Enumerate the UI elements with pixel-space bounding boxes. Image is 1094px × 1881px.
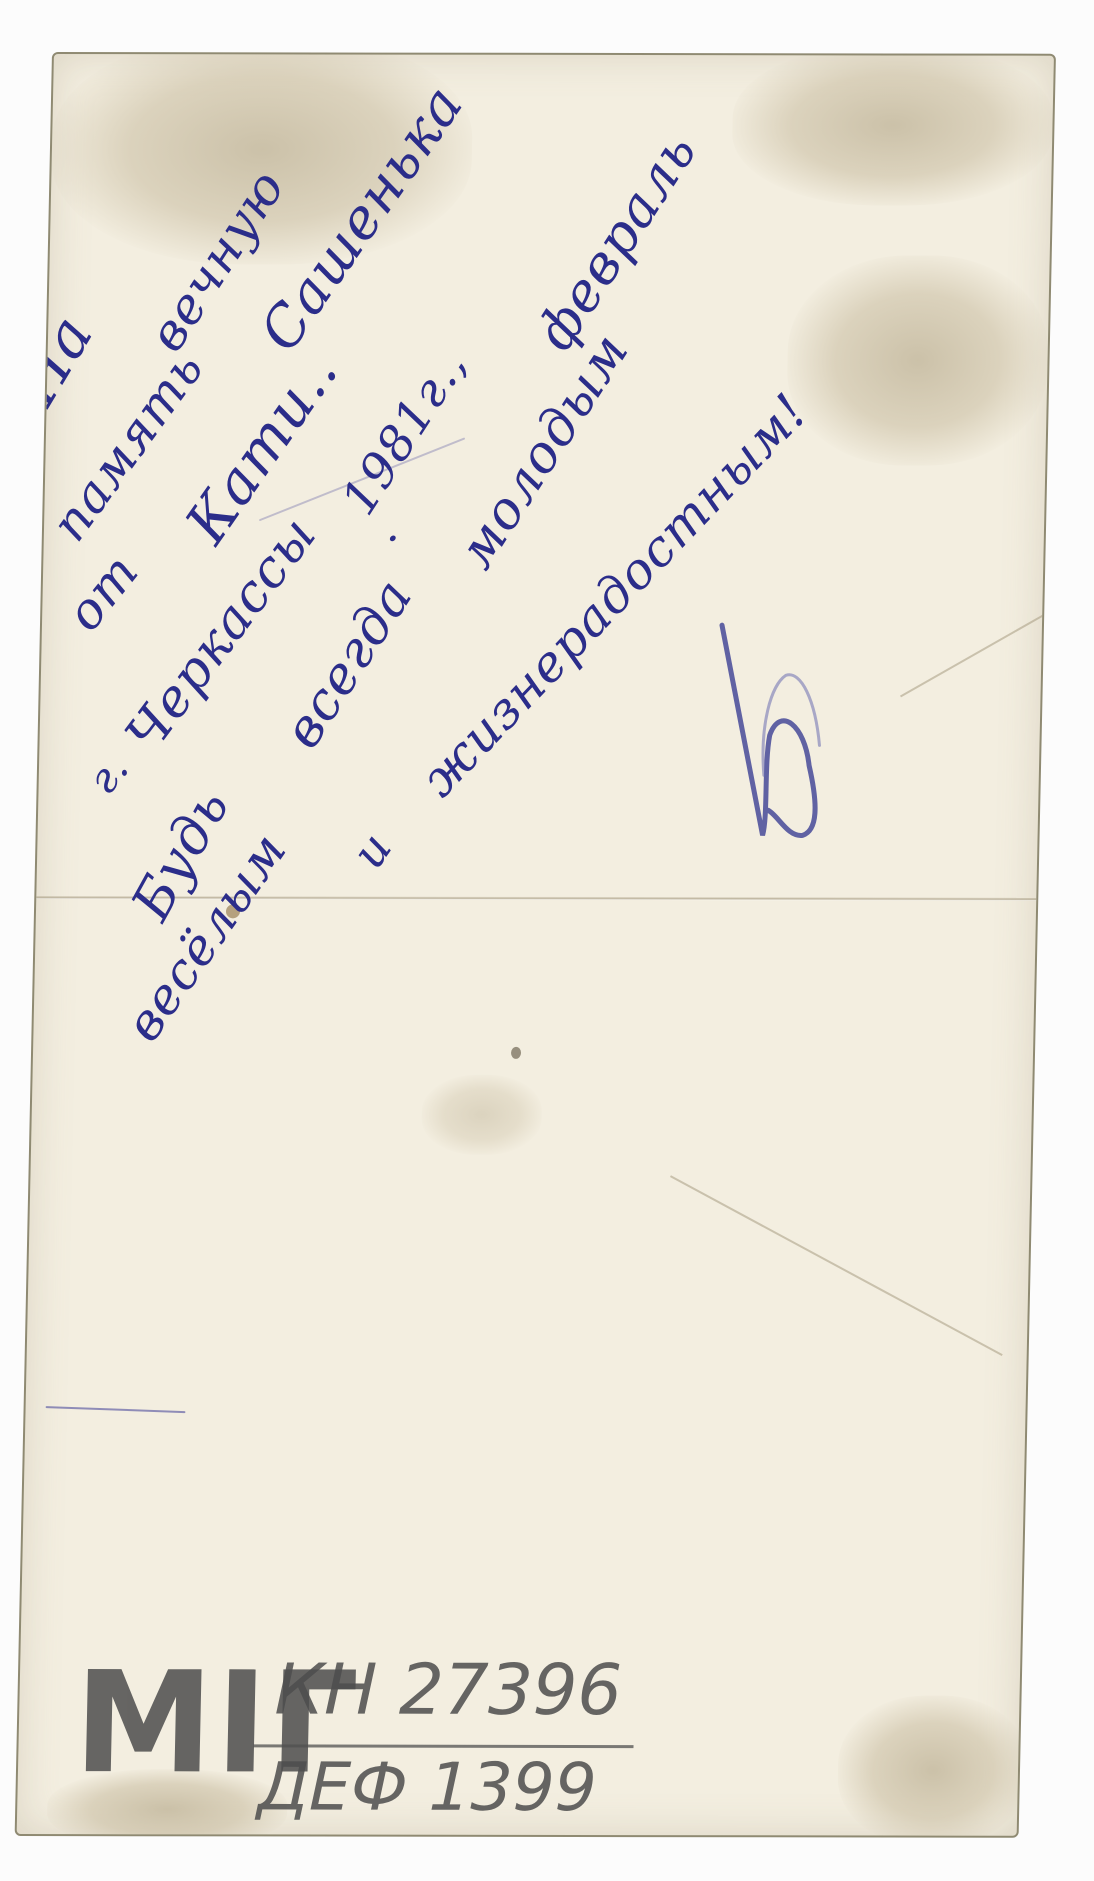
word-molodym: молодым	[449, 325, 637, 576]
archive-inventory-number: КН 27396	[274, 1654, 623, 1725]
smudge-center	[421, 1075, 543, 1155]
archive-fund-number: ДЕФ 1399	[257, 1754, 597, 1821]
word-fevral: февраль	[527, 124, 705, 359]
dirt-speck	[511, 1047, 521, 1059]
photo-card-back: На вечную память Сашенька от Кати.. г. Ч…	[15, 52, 1056, 1838]
paper-crack	[670, 1175, 1003, 1356]
word-vsegda: всегда	[276, 571, 422, 757]
stray-pen-line	[46, 1406, 186, 1413]
side-mark-six	[707, 615, 842, 865]
word-i: и	[344, 824, 399, 875]
water-stain-right	[785, 255, 1049, 465]
word-g: г.	[81, 746, 137, 801]
water-stain-top-right	[731, 52, 1054, 206]
word-dot: .	[386, 505, 402, 549]
paper-crack	[900, 596, 1056, 697]
word-year: 1981г.,	[334, 341, 475, 522]
water-stain-bottom-right	[836, 1695, 1029, 1837]
word-ot: от	[58, 546, 147, 639]
